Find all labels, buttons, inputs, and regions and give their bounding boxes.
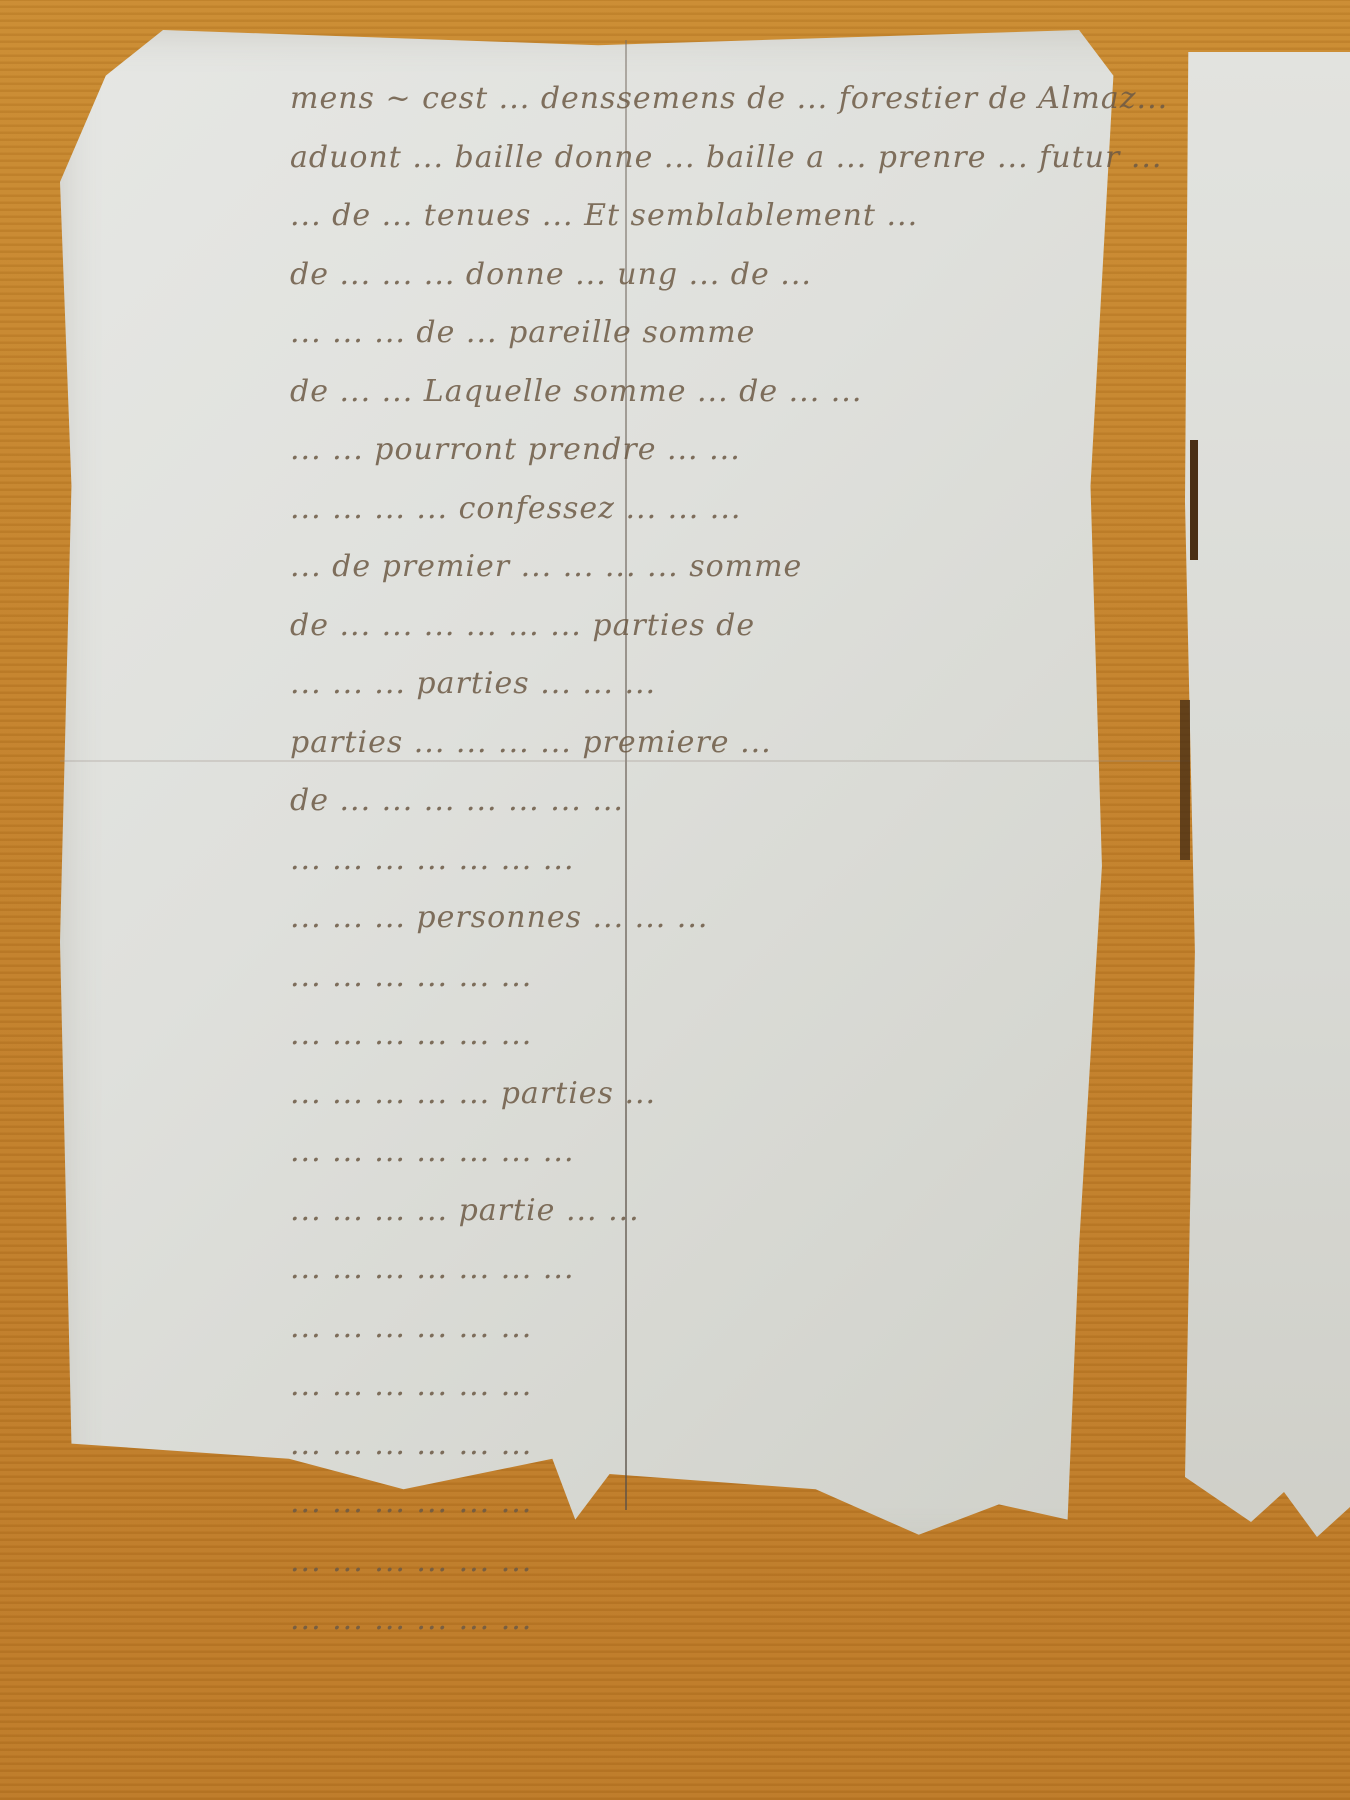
text-line: ... ... ... ... ... ... (290, 1006, 1190, 1065)
text-line: parties ... ... ... ... premiere ... (290, 714, 1190, 773)
text-line: ... ... ... ... confessez ... ... ... (290, 480, 1190, 539)
text-line: ... ... ... personnes ... ... ... (290, 889, 1190, 948)
text-line: ... ... ... ... ... parties ... (290, 1065, 1190, 1124)
text-line: ... ... ... ... ... ... (290, 948, 1190, 1007)
manuscript-leaf-right (1185, 52, 1350, 1552)
text-line: ... de ... tenues ... Et semblablement .… (290, 187, 1190, 246)
text-line: ... ... ... ... ... ... (290, 1299, 1190, 1358)
text-line: ... ... ... ... ... ... (290, 1416, 1190, 1475)
text-line: ... ... ... ... partie ... ... (290, 1182, 1190, 1241)
text-line: ... ... ... ... ... ... ... (290, 831, 1190, 890)
text-line: ... ... ... ... ... ... (290, 1591, 1190, 1650)
text-line: ... ... ... ... ... ... ... (290, 1123, 1190, 1182)
text-line: ... ... ... ... ... ... (290, 1533, 1190, 1592)
text-line: de ... ... ... ... ... ... ... (290, 772, 1190, 831)
text-line: aduont ... baille donne ... baille a ...… (290, 129, 1190, 188)
text-line: mens ~ cest ... denssemens de ... forest… (290, 70, 1190, 129)
text-line: ... de premier ... ... ... ... somme (290, 538, 1190, 597)
text-line: de ... ... Laquelle somme ... de ... ... (290, 363, 1190, 422)
text-line: ... ... ... de ... pareille somme (290, 304, 1190, 363)
text-line: de ... ... ... donne ... ung ... de ... (290, 246, 1190, 305)
text-line: ... ... pourront prendre ... ... (290, 421, 1190, 480)
text-line: ... ... ... ... ... ... (290, 1357, 1190, 1416)
text-line: de ... ... ... ... ... ... parties de (290, 597, 1190, 656)
text-line: ... ... ... ... ... ... (290, 1474, 1190, 1533)
tear-gap (1190, 440, 1198, 560)
text-line: ... ... ... parties ... ... ... (290, 655, 1190, 714)
text-line: ... ... ... ... ... ... ... (290, 1240, 1190, 1299)
handwritten-text-block: mens ~ cest ... denssemens de ... forest… (290, 70, 1190, 1650)
